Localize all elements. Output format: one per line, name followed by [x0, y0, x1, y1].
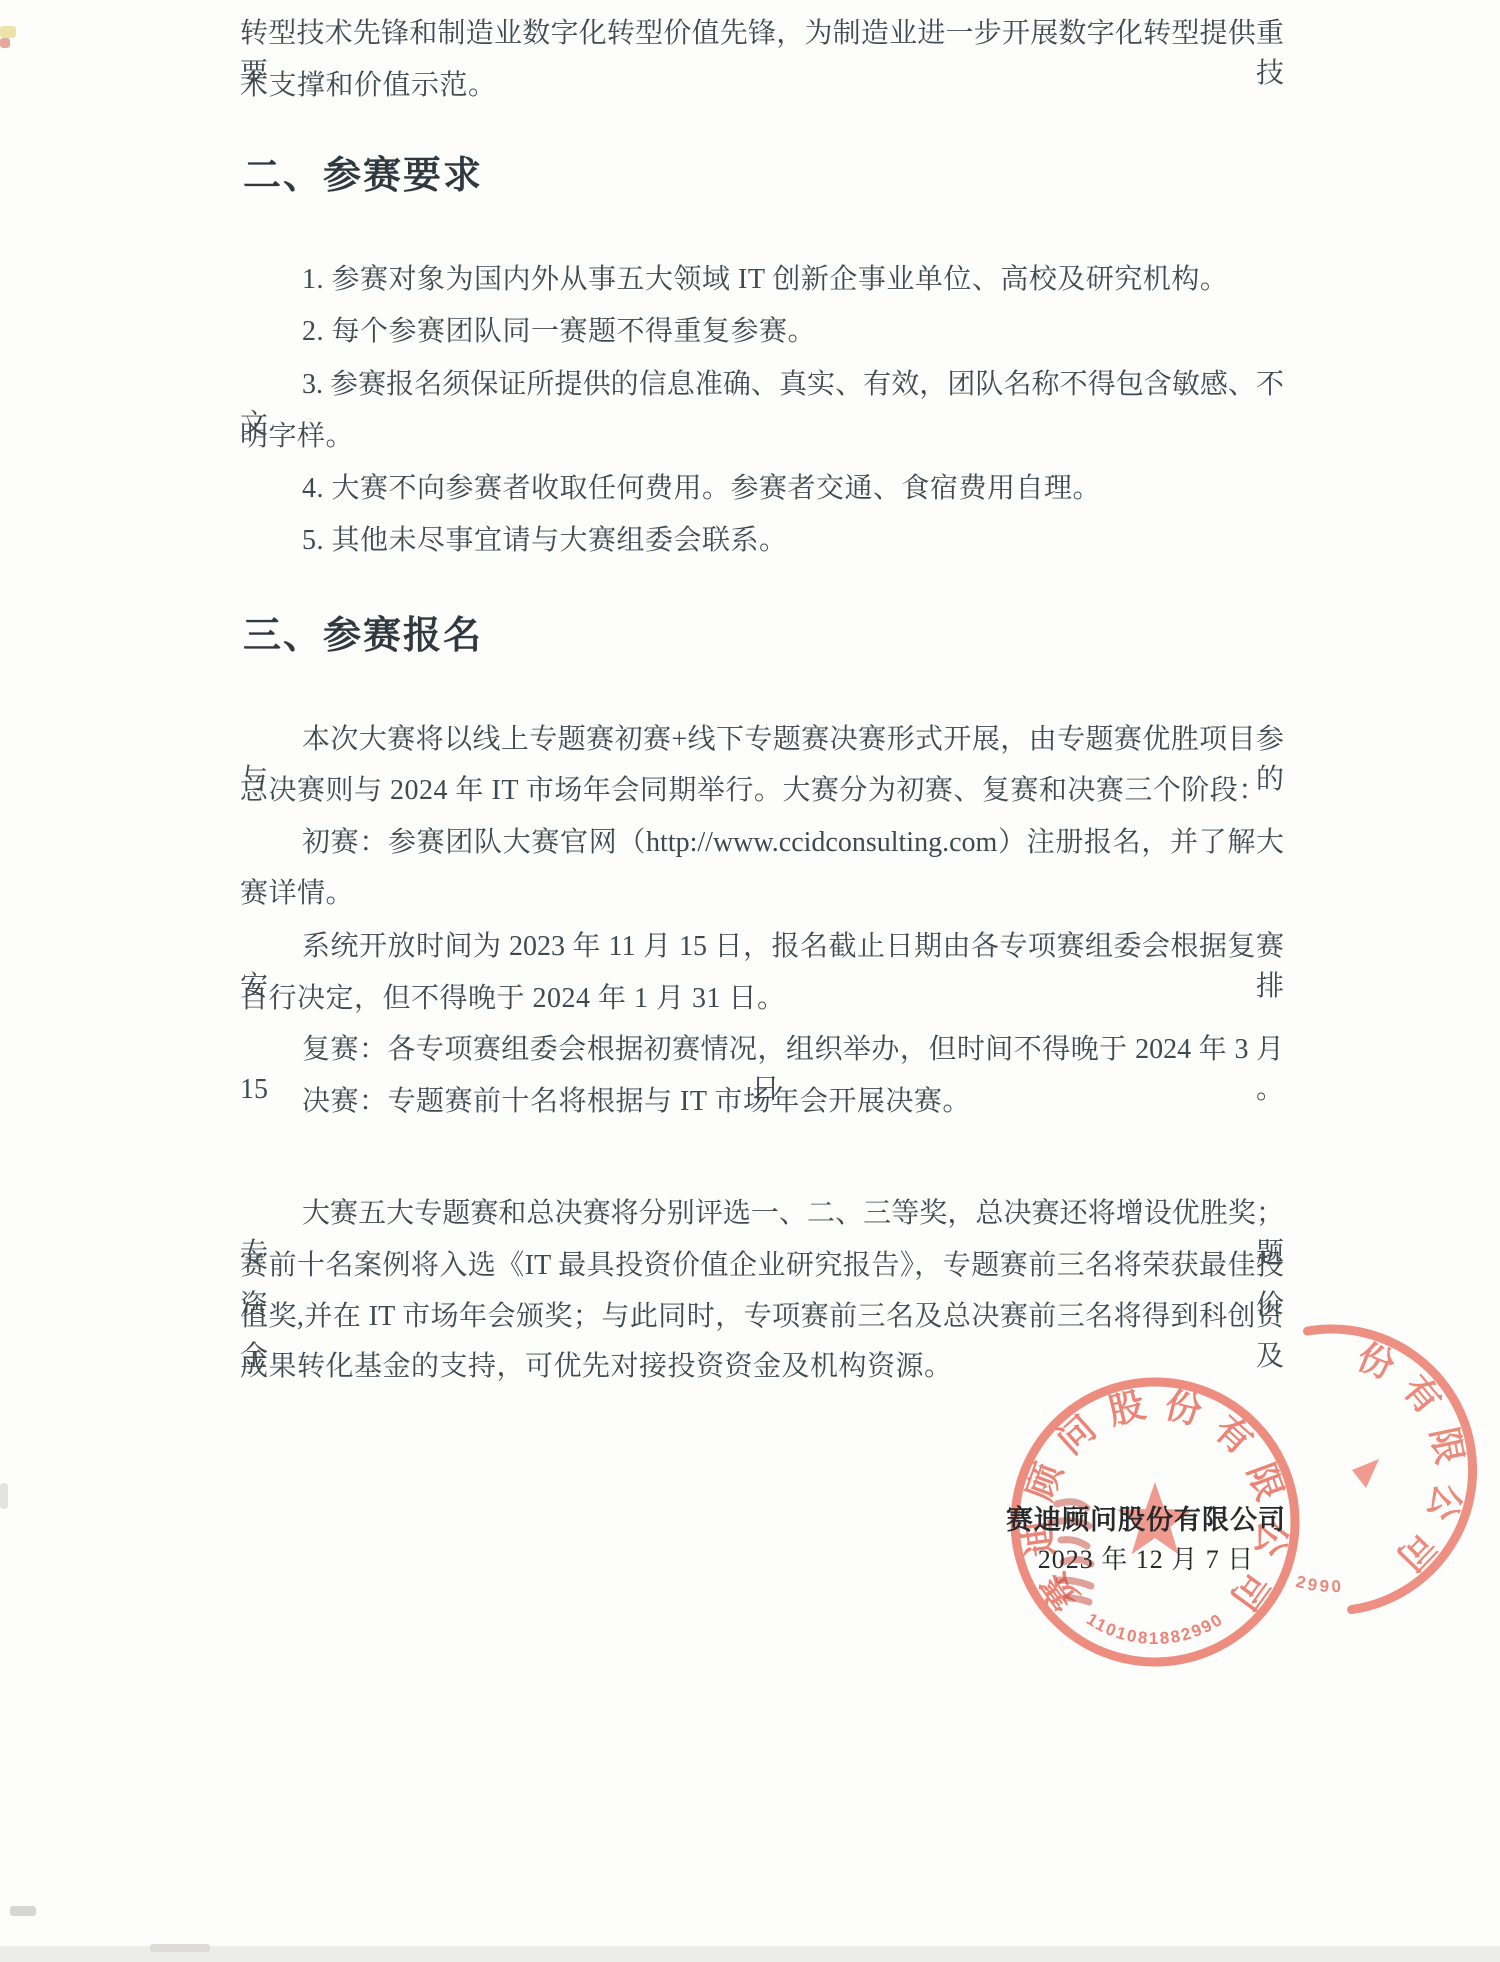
text-line: 决赛：专题赛前十名将根据与 IT 市场年会开展决赛。 [240, 1082, 1284, 1122]
seal-char: 限 [1423, 1424, 1471, 1468]
section-heading: 三、参赛报名 [243, 604, 483, 659]
scan-artifact-bottom-smudge [10, 1906, 36, 1916]
scan-artifact-left-edge [0, 1483, 8, 1509]
scan-artifact-bottom-smudge2 [150, 1944, 210, 1952]
text-line: 初赛：参赛团队大赛官网（http://www.ccidconsulting.co… [240, 823, 1284, 863]
text-line: 5. 其他未尽事宜请与大赛组委会联系。 [240, 521, 1284, 561]
text-line: 总决赛则与 2024 年 IT 市场年会同期举行。大赛分为初赛、复赛和决赛三个阶… [240, 771, 1284, 811]
section-heading: 二、参赛要求 [243, 144, 483, 199]
scan-artifact-red [0, 38, 10, 48]
seal-char: 公 [1420, 1479, 1469, 1525]
seal-serial-partial: 2990 [1294, 1572, 1345, 1596]
text-line: 2. 每个参赛团队同一赛题不得重复参赛。 [240, 312, 1284, 352]
text-line: 4. 大赛不向参赛者收取任何费用。参赛者交通、食宿费用自理。 [240, 469, 1284, 509]
signature-date: 2023 年 12 月 7 日 [1003, 1540, 1289, 1580]
signature-block: 赛迪顾问股份有限公司 2023 年 12 月 7 日 [1003, 1500, 1289, 1580]
text-line: 明字样。 [240, 417, 1284, 457]
scan-artifact-yellow [0, 26, 16, 38]
text-line: 自行决定，但不得晚于 2024 年 1 月 31 日。 [240, 979, 1284, 1019]
text-line: 术支撑和价值示范。 [240, 66, 1284, 106]
signature-company-name: 赛迪顾问股份有限公司 [1003, 1500, 1289, 1540]
text-line: 1. 参赛对象为国内外从事五大领域 IT 创新企事业单位、高校及研究机构。 [240, 260, 1284, 300]
seal-char: 股 [1104, 1384, 1149, 1432]
document-page: 转型技术先锋和制造业数字化转型价值先锋，为制造业进一步开展数字化转型提供重要技 … [0, 0, 1500, 1962]
scan-artifact-bottom-strip [0, 1946, 1500, 1962]
seal-star-fragment-icon [1352, 1459, 1379, 1488]
text-line: 赛详情。 [240, 874, 1284, 914]
svg-text:2990: 2990 [1294, 1572, 1345, 1596]
